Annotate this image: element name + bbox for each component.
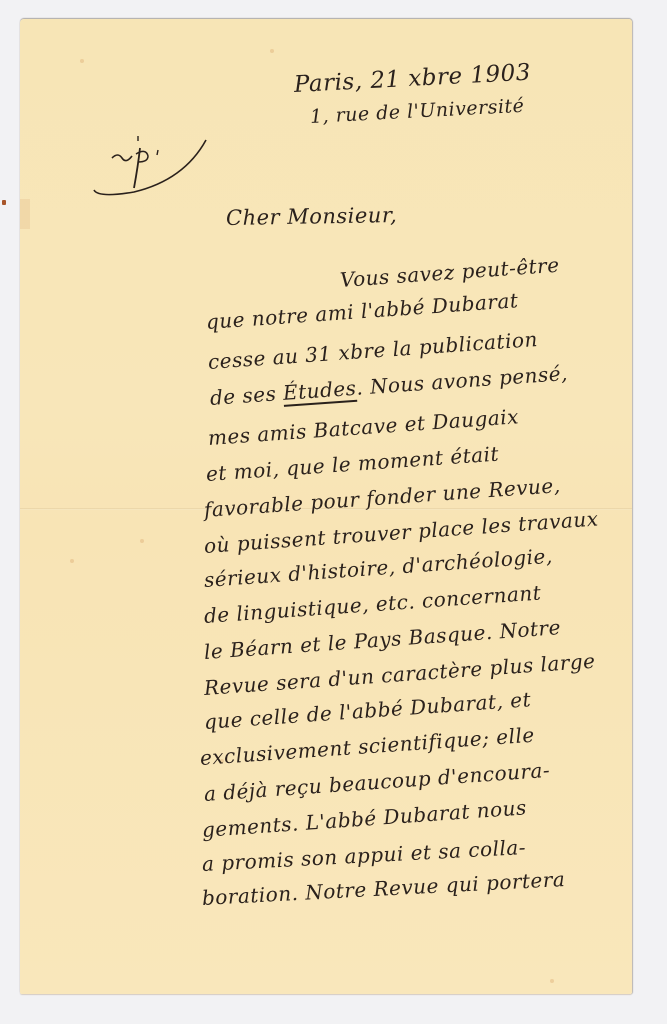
- paper-speck: [140, 539, 144, 543]
- edge-mark: [2, 200, 6, 205]
- salutation: Cher Monsieur,: [226, 203, 398, 230]
- reply-annotation: rép.: [92, 128, 212, 200]
- underlined-title: Études: [282, 376, 357, 405]
- flourish-icon: [92, 128, 212, 200]
- paper-speck: [270, 49, 274, 53]
- paper-stain: [20, 199, 30, 229]
- scan-background: Paris, 21 xbre 1903 1, rue de l'Universi…: [0, 0, 667, 1024]
- paper-speck: [550, 979, 554, 983]
- paper-speck: [80, 59, 84, 63]
- paper-speck: [70, 559, 74, 563]
